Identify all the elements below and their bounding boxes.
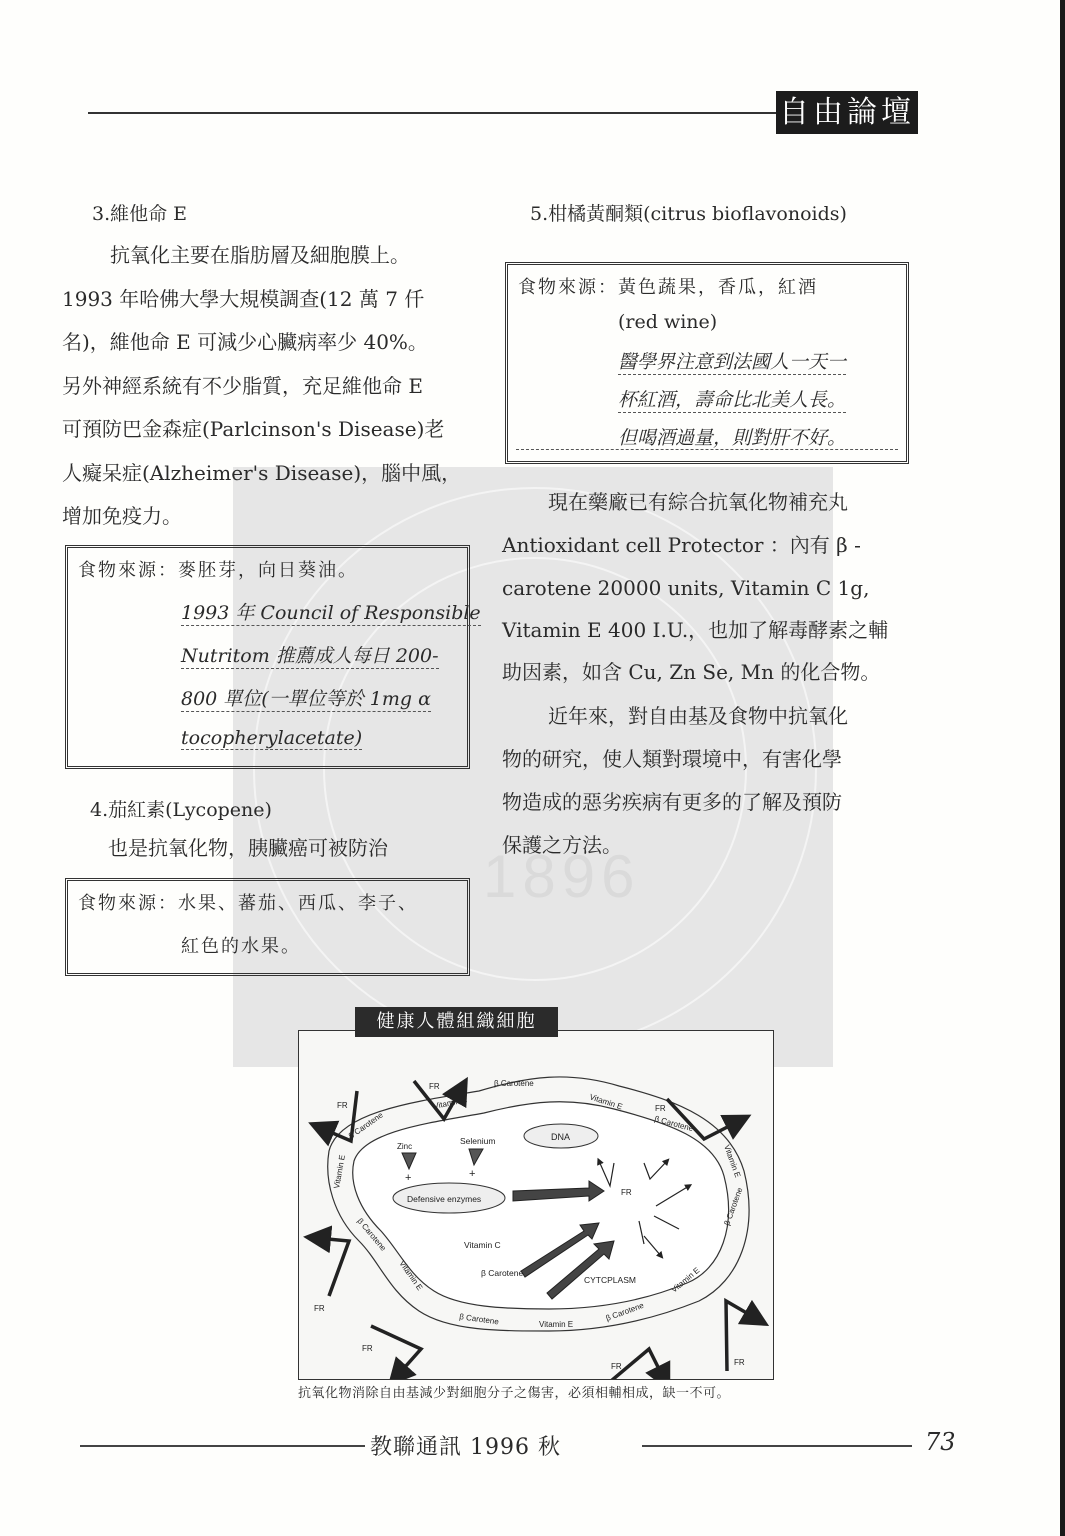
publication-name: 教聯通訊 1996 秋: [370, 1430, 561, 1461]
svg-text:β Carotene: β Carotene: [459, 1312, 500, 1327]
paragraph-line: 助因素，如含 Cu, Zn Se, Mn 的化合物。: [502, 651, 880, 695]
section-badge: 自由論壇: [776, 91, 918, 134]
header-rule: [88, 112, 778, 114]
section-title-vitamin-e: 3.維他命 E: [92, 199, 187, 226]
paragraph-line: carotene 20000 units, Vitamin C 1g,: [502, 567, 869, 611]
cell-diagram-svg: β Carotene Vitamin E Vitamin E β Caroten…: [299, 1031, 773, 1379]
dashed-rule: [516, 449, 898, 450]
food-note-line: 杯紅酒，壽命比北美人長。: [618, 385, 846, 413]
svg-text:Vitamin E: Vitamin E: [722, 1144, 742, 1179]
paragraph-line: 增加免疫力。: [62, 495, 182, 539]
paragraph-line: 抗氧化主要在脂肪層及細胞膜上。: [110, 234, 410, 278]
footer-rule-left: [80, 1445, 365, 1447]
food-source-label: 食物來源：水果、蕃茄、西瓜、李子、: [78, 889, 418, 915]
paragraph-line: Vitamin E 400 I.U.，也加了解毒酵素之輔: [502, 609, 888, 653]
svg-text:FR: FR: [611, 1362, 622, 1371]
section-title-lycopene: 4.茄紅素(Lycopene): [90, 795, 272, 822]
food-source-label: 食物來源：黃色蔬果，香瓜，紅酒: [518, 273, 818, 299]
food-note-line: Nutritom 推薦成人每日 200-: [181, 641, 439, 669]
food-source-label: 食物來源：麥胚芽，向日葵油。: [78, 556, 358, 582]
food-note-line: tocopherylacetate): [181, 727, 362, 750]
enzymes-label: Defensive enzymes: [407, 1194, 481, 1204]
svg-text:FR: FR: [337, 1101, 348, 1110]
zinc-label: Zinc: [397, 1142, 412, 1151]
section-title-citrus: 5.柑橘黃酮類(citrus bioflavonoids): [530, 199, 847, 226]
footer-rule-right: [642, 1445, 912, 1447]
svg-text:β Carotene: β Carotene: [481, 1268, 523, 1278]
paragraph-line: 現在藥廠已有綜合抗氧化物補充丸: [548, 481, 848, 525]
svg-text:Vitamin E: Vitamin E: [539, 1320, 573, 1329]
food-source-box-citrus: 食物來源：黃色蔬果，香瓜，紅酒 (red wine) 醫學界注意到法國人一天一 …: [505, 262, 909, 464]
dna-label: DNA: [551, 1132, 570, 1142]
paragraph-line: Antioxidant cell Protector ：內有 β -: [502, 524, 861, 568]
svg-text:Vitamin E: Vitamin E: [332, 1154, 347, 1189]
cell-diagram: β Carotene Vitamin E Vitamin E β Caroten…: [298, 1030, 774, 1380]
food-note-line: 800 單位(一單位等於 1mg α: [181, 684, 431, 712]
page-number: 73: [925, 1428, 956, 1456]
food-note-line: 1993 年 Council of Responsible: [181, 598, 481, 626]
food-source-box-lycopene: 食物來源：水果、蕃茄、西瓜、李子、 紅色的水果。: [65, 878, 470, 976]
food-source-box-vitamin-e: 食物來源：麥胚芽，向日葵油。 1993 年 Council of Respons…: [65, 545, 470, 769]
svg-text:FR: FR: [734, 1358, 745, 1367]
paragraph-line: 物造成的惡劣疾病有更多的了解及預防: [502, 781, 842, 825]
svg-text:FR: FR: [314, 1304, 325, 1313]
food-source-label-cont: 紅色的水果。: [181, 932, 301, 958]
food-note-line: 但喝酒過量，則對肝不好。: [618, 423, 846, 450]
lycopene-paragraph: 也是抗氧化物，胰臟癌可被防治: [108, 827, 388, 871]
vitamin-c-label: Vitamin C: [464, 1240, 501, 1250]
figure-caption: 抗氧化物消除自由基減少對細胞分子之傷害，必須相輔相成，缺一不可。: [298, 1382, 730, 1401]
svg-text:FR: FR: [429, 1082, 440, 1091]
cytoplasm-label: CYTCPLASM: [584, 1275, 636, 1285]
page-edge: [1060, 0, 1065, 1536]
svg-text:+: +: [469, 1168, 475, 1180]
paragraph-line: 保護之方法。: [502, 824, 622, 868]
selenium-label: Selenium: [460, 1136, 495, 1146]
paragraph-line: 人癡呆症(Alzheimer's Disease)，腦中風，: [62, 452, 461, 496]
paragraph-line: 名)，維他命 E 可減少心臟病率少 40%。: [62, 321, 428, 365]
beta-carotene-label: β Carotene: [494, 1079, 534, 1088]
food-source-label-cont: (red wine): [618, 311, 717, 333]
svg-text:FR: FR: [655, 1104, 666, 1113]
figure-title: 健康人體組織細胞: [355, 1007, 558, 1037]
paragraph-line: 另外神經系統有不少脂質，充足維他命 E: [62, 365, 423, 409]
paragraph-line: 物的研究，使人類對環境中，有害化學: [502, 738, 842, 782]
paragraph-line: 1993 年哈佛大學大規模調查(12 萬 7 仟: [62, 278, 424, 322]
svg-text:+: +: [405, 1172, 411, 1184]
svg-text:FR: FR: [362, 1344, 373, 1353]
paragraph-line: 可預防巴金森症(Parlcinson's Disease)老: [62, 408, 444, 452]
paragraph-line: 近年來，對自由基及食物中抗氧化: [548, 695, 848, 739]
svg-text:FR: FR: [621, 1188, 632, 1197]
food-note-line: 醫學界注意到法國人一天一: [618, 347, 846, 375]
